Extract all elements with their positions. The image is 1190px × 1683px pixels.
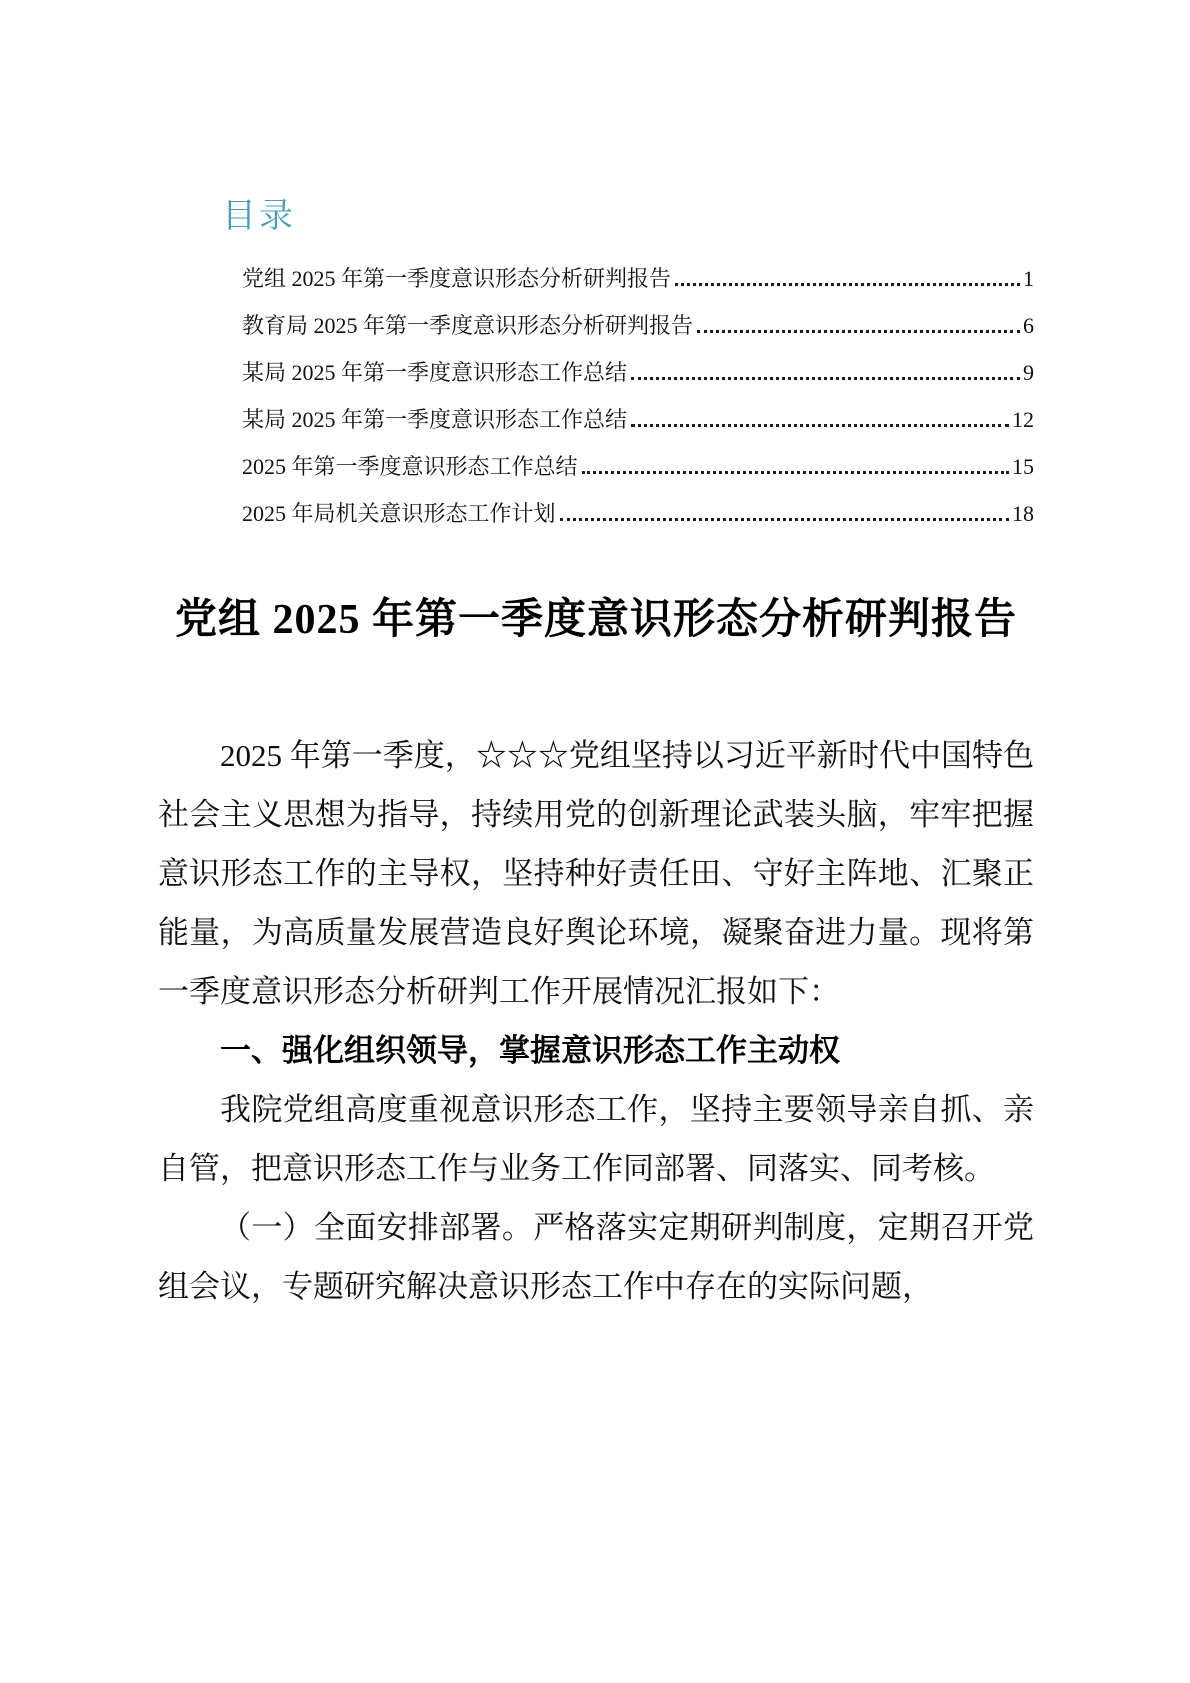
toc-entry-title: 2025 年第一季度意识形态工作总结 xyxy=(242,454,578,480)
toc-dotted-leader xyxy=(631,424,1009,427)
paragraph-section1: 我院党组高度重视意识形态工作，坚持主要领导亲自抓、亲自管，把意识形态工作与业务工… xyxy=(158,1080,1034,1198)
toc-entry-title: 某局 2025 年第一季度意识形态工作总结 xyxy=(242,360,627,386)
table-of-contents: 党组 2025 年第一季度意识形态分析研判报告 1 教育局 2025 年第一季度… xyxy=(242,266,1034,527)
toc-entry[interactable]: 某局 2025 年第一季度意识形态工作总结 9 xyxy=(242,360,1034,386)
toc-dotted-leader xyxy=(560,518,1009,521)
toc-page-number: 9 xyxy=(1023,360,1034,386)
document-page: 目录 党组 2025 年第一季度意识形态分析研判报告 1 教育局 2025 年第… xyxy=(0,0,1190,1683)
document-title: 党组 2025 年第一季度意识形态分析研判报告 xyxy=(158,587,1034,654)
toc-entry[interactable]: 某局 2025 年第一季度意识形态工作总结 12 xyxy=(242,407,1034,433)
toc-entry-title: 教育局 2025 年第一季度意识形态分析研判报告 xyxy=(242,313,693,339)
toc-entry[interactable]: 教育局 2025 年第一季度意识形态分析研判报告 6 xyxy=(242,313,1034,339)
paragraph-intro: 2025 年第一季度，☆☆☆党组坚持以习近平新时代中国特色社会主义思想为指导，持… xyxy=(158,726,1034,1021)
toc-page-number: 15 xyxy=(1012,454,1034,480)
toc-page-number: 18 xyxy=(1012,501,1034,527)
toc-dotted-leader xyxy=(631,377,1020,380)
section-heading-1: 一、强化组织领导，掌握意识形态工作主动权 xyxy=(158,1021,1034,1080)
toc-entry[interactable]: 2025 年局机关意识形态工作计划 18 xyxy=(242,501,1034,527)
paragraph-section1-sub1: （一）全面安排部署。严格落实定期研判制度，定期召开党组会议，专题研究解决意识形态… xyxy=(158,1198,1034,1316)
toc-heading: 目录 xyxy=(222,196,1034,236)
toc-dotted-leader xyxy=(582,471,1009,474)
toc-entry-title: 党组 2025 年第一季度意识形态分析研判报告 xyxy=(242,266,671,292)
toc-page-number: 1 xyxy=(1023,266,1034,292)
toc-entry[interactable]: 2025 年第一季度意识形态工作总结 15 xyxy=(242,454,1034,480)
toc-dotted-leader xyxy=(697,330,1020,333)
toc-dotted-leader xyxy=(675,283,1020,286)
toc-entry-title: 2025 年局机关意识形态工作计划 xyxy=(242,501,556,527)
toc-entry[interactable]: 党组 2025 年第一季度意识形态分析研判报告 1 xyxy=(242,266,1034,292)
toc-page-number: 6 xyxy=(1023,313,1034,339)
toc-entry-title: 某局 2025 年第一季度意识形态工作总结 xyxy=(242,407,627,433)
toc-page-number: 12 xyxy=(1012,407,1034,433)
document-body: 2025 年第一季度，☆☆☆党组坚持以习近平新时代中国特色社会主义思想为指导，持… xyxy=(158,726,1034,1316)
